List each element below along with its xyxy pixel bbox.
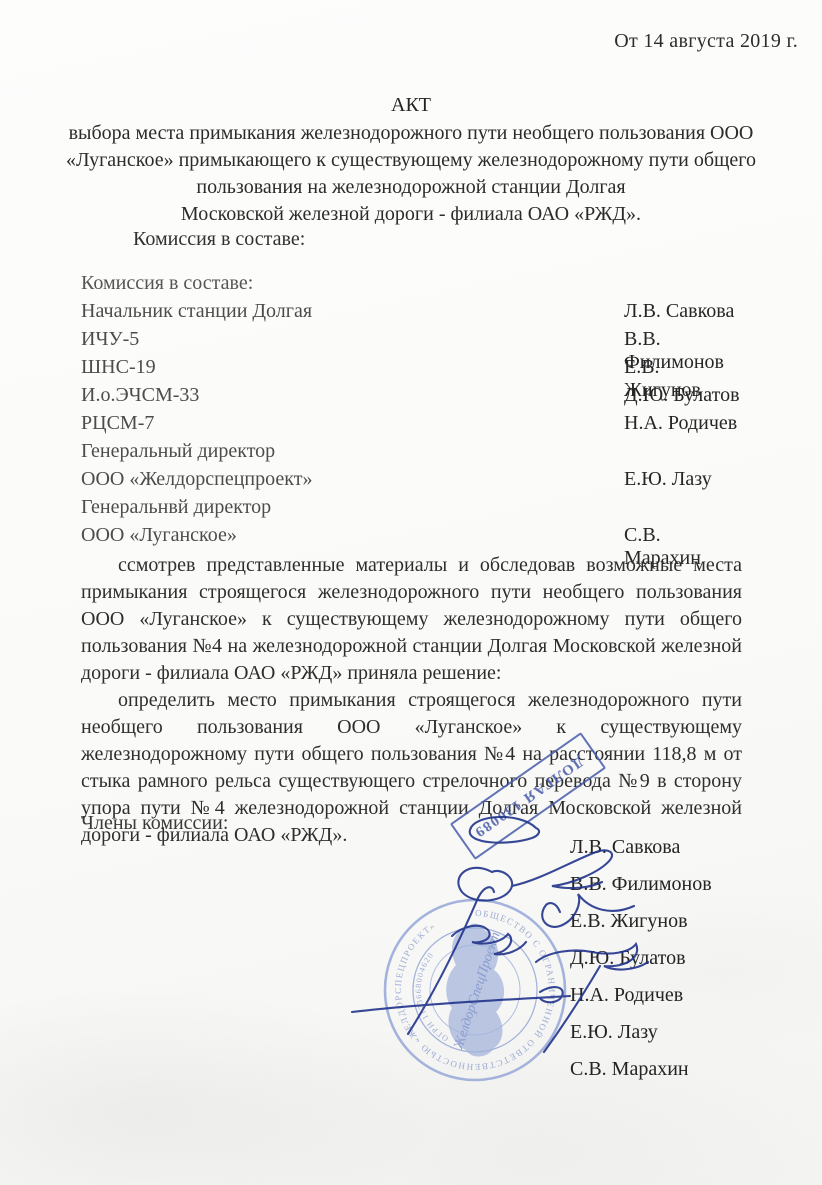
member-position: Начальник станции Долгая bbox=[81, 300, 312, 323]
signatory-name: Д.Ю. Булатов bbox=[570, 947, 712, 984]
svg-text:ОБЩЕСТВО С ОГРАНИЧЕННОЙ ОТВЕТС: ОБЩЕСТВО С ОГРАНИЧЕННОЙ ОТВЕТСТВЕННОСТЬЮ… bbox=[393, 908, 557, 1072]
member-name: Д.Ю. Булатов bbox=[624, 384, 740, 407]
seal-center-blob bbox=[446, 924, 504, 1057]
member-name: Н.А. Родичев bbox=[624, 412, 737, 435]
signature-stroke bbox=[540, 987, 563, 1002]
body-paragraph-resolution-intro: ссмотрев представленные материалы и обсл… bbox=[81, 552, 742, 687]
members-signing-heading: Члены комиссии: bbox=[81, 812, 228, 835]
signature-stroke bbox=[478, 887, 494, 898]
scanned-document-page: От 14 августа 2019 г. АКТ выбора места п… bbox=[0, 0, 822, 1185]
member-position: Генеральнвй директор bbox=[81, 496, 271, 519]
member-row: Генеральный директор bbox=[81, 440, 740, 468]
seal-center-text: ЖелдорСпецПроект bbox=[451, 930, 503, 1052]
seal-ogrn-text: ОГРН 1173668004620 bbox=[414, 950, 450, 1043]
commission-members-list: Комиссия в составе: Начальник станции До… bbox=[81, 272, 740, 552]
member-position: ООО «Луганское» bbox=[81, 524, 237, 547]
signatory-name: Е.Ю. Лазу bbox=[570, 1021, 712, 1058]
signature-stroke bbox=[452, 926, 526, 955]
member-row: ШНС-19 Е.В. Жигунов bbox=[81, 356, 740, 384]
member-position: И.о.ЭЧСМ-33 bbox=[81, 384, 199, 407]
member-row: Генеральнвй директор bbox=[81, 496, 740, 524]
company-seal: ОБЩЕСТВО С ОГРАНИЧЕННОЙ ОТВЕТСТВЕННОСТЬЮ… bbox=[385, 900, 565, 1080]
member-name: Е.Ю. Лазу bbox=[624, 468, 712, 491]
member-row: РЦСМ-7 Н.А. Родичев bbox=[81, 412, 740, 440]
member-row: Начальник станции Долгая Л.В. Савкова bbox=[81, 300, 740, 328]
seal-outer-ring-text: ОБЩЕСТВО С ОГРАНИЧЕННОЙ ОТВЕТСТВЕННОСТЬЮ… bbox=[393, 908, 557, 1072]
member-row: И.о.ЭЧСМ-33 Д.Ю. Булатов bbox=[81, 384, 740, 412]
member-row: ООО «Луганское» С.В. Марахин bbox=[81, 524, 740, 552]
member-row: ООО «Желдорспецпроект» Е.Ю. Лазу bbox=[81, 468, 740, 496]
subtitle-line: выбора места примыкания железнодорожного… bbox=[66, 120, 756, 147]
member-position: ШНС-19 bbox=[81, 356, 156, 379]
subtitle-line: Московской железной дороги - филиала ОАО… bbox=[66, 201, 756, 228]
commission-heading: Комиссия в составе: bbox=[81, 272, 740, 300]
subtitle-line: «Луганское» примыкающего к существующему… bbox=[66, 147, 756, 174]
document-subtitle: выбора места примыкания железнодорожного… bbox=[66, 120, 756, 228]
signature-stroke bbox=[458, 868, 512, 901]
member-position: ИЧУ-5 bbox=[81, 328, 139, 351]
member-row: ИЧУ-5 В.В. Филимонов bbox=[81, 328, 740, 356]
document-title: АКТ bbox=[81, 94, 741, 117]
member-position: РЦСМ-7 bbox=[81, 412, 154, 435]
commission-intro: Комиссия в составе: bbox=[133, 228, 305, 251]
signatory-name: В.В. Филимонов bbox=[570, 873, 712, 910]
member-position: ООО «Желдорспецпроект» bbox=[81, 468, 312, 491]
document-body: ссмотрев представленные материалы и обсл… bbox=[81, 552, 742, 849]
member-position: Генеральный директор bbox=[81, 440, 275, 463]
signature-stroke bbox=[408, 898, 478, 1034]
subtitle-line: пользования на железнодорожной станции Д… bbox=[66, 174, 756, 201]
member-name: Л.В. Савкова bbox=[624, 300, 734, 323]
signature-stroke bbox=[352, 996, 570, 1012]
signatories-list: Л.В. Савкова В.В. Филимонов Е.В. Жигунов… bbox=[570, 836, 712, 1095]
signatory-name: Е.В. Жигунов bbox=[570, 910, 712, 947]
date-line: От 14 августа 2019 г. bbox=[614, 30, 798, 53]
signatory-name: Л.В. Савкова bbox=[570, 836, 712, 873]
svg-text:ОГРН 1173668004620: ОГРН 1173668004620 bbox=[414, 950, 450, 1043]
signatory-name: С.В. Марахин bbox=[570, 1058, 712, 1095]
signatory-name: Н.А. Родичев bbox=[570, 984, 712, 1021]
